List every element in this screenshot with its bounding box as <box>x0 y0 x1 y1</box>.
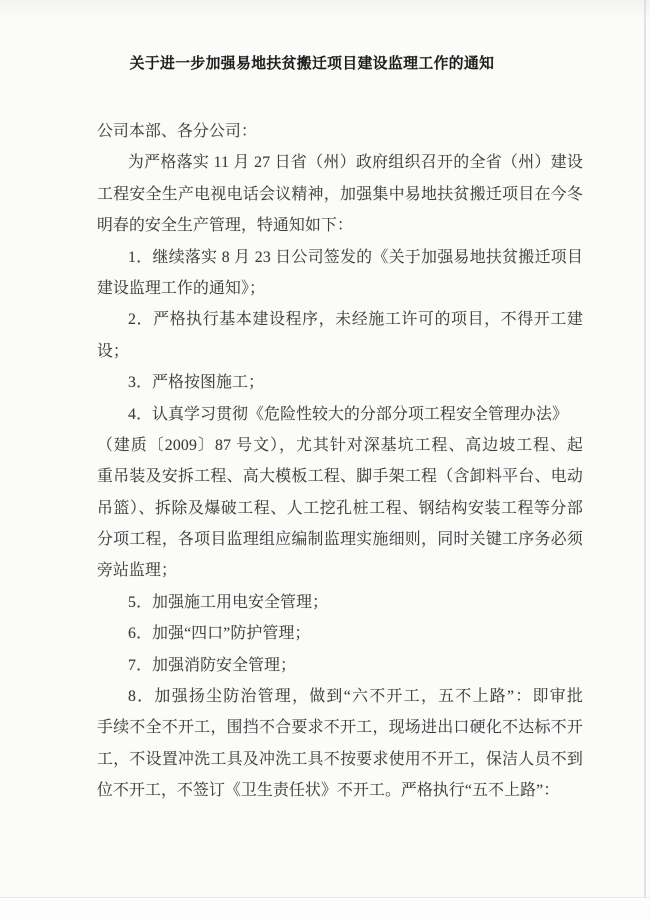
body-line: 明春的安全生产管理，特通知如下： <box>97 210 583 241</box>
body-line: （建质〔2009〕87 号文），尤其针对深基坑工程、高边坡工程、起 <box>97 430 583 461</box>
body-line: 5．加强施工用电安全管理； <box>97 587 583 618</box>
body-line: 旁站监理； <box>97 555 583 586</box>
scan-edge-line <box>644 0 646 898</box>
body-line: 为严格落实 11 月 27 日省（州）政府组织召开的全省（州）建设 <box>97 147 583 178</box>
body-line: 手续不全不开工，围挡不合要求不开工，现场进出口硬化不达标不开 <box>97 712 583 743</box>
body-line: 3．严格按图施工； <box>97 367 583 398</box>
body-line: 6．加强“四口”防护管理； <box>97 618 583 649</box>
scanned-document-page: 关于进一步加强易地扶贫搬迁项目建设监理工作的通知 公司本部、各分公司： 为严格落… <box>0 0 650 920</box>
body-line: 2．严格执行基本建设程序，未经施工许可的项目，不得开工建 <box>97 304 583 335</box>
page-bottom-edge <box>0 897 650 920</box>
body-line: 分项工程，各项目监理组应编制监理实施细则，同时关键工序务必须 <box>97 524 583 555</box>
body-line: 重吊装及安拆工程、高大模板工程、脚手架工程（含卸料平台、电动 <box>97 461 583 492</box>
document-title: 关于进一步加强易地扶贫搬迁项目建设监理工作的通知 <box>69 52 555 73</box>
body-line: 工，不设置冲洗工具及冲洗工具不按要求使用不开工，保洁人员不到 <box>97 744 583 775</box>
body-line: 1．继续落实 8 月 23 日公司签发的《关于加强易地扶贫搬迁项目 <box>97 242 583 273</box>
salutation: 公司本部、各分公司： <box>97 116 583 147</box>
body-line: 建设监理工作的通知》； <box>97 273 583 304</box>
body-line: 设； <box>97 336 583 367</box>
body-line: 4．认真学习贯彻《危险性较大的分部分项工程安全管理办法》 <box>97 399 583 430</box>
body-line: 位不开工，不签订《卫生责任状》不开工。严格执行“五不上路”： <box>97 775 583 806</box>
document-body: 公司本部、各分公司： 为严格落实 11 月 27 日省（州）政府组织召开的全省（… <box>97 116 583 807</box>
scan-noise-artifact <box>0 0 650 24</box>
body-line: 7．加强消防安全管理； <box>97 650 583 681</box>
body-line: 吊篮）、拆除及爆破工程、人工挖孔桩工程、钢结构安装工程等分部 <box>97 493 583 524</box>
body-line: 工程安全生产电视电话会议精神，加强集中易地扶贫搬迁项目在今冬 <box>97 179 583 210</box>
body-line: 8．加强扬尘防治管理，做到“六不开工，五不上路”：即审批 <box>97 681 583 712</box>
